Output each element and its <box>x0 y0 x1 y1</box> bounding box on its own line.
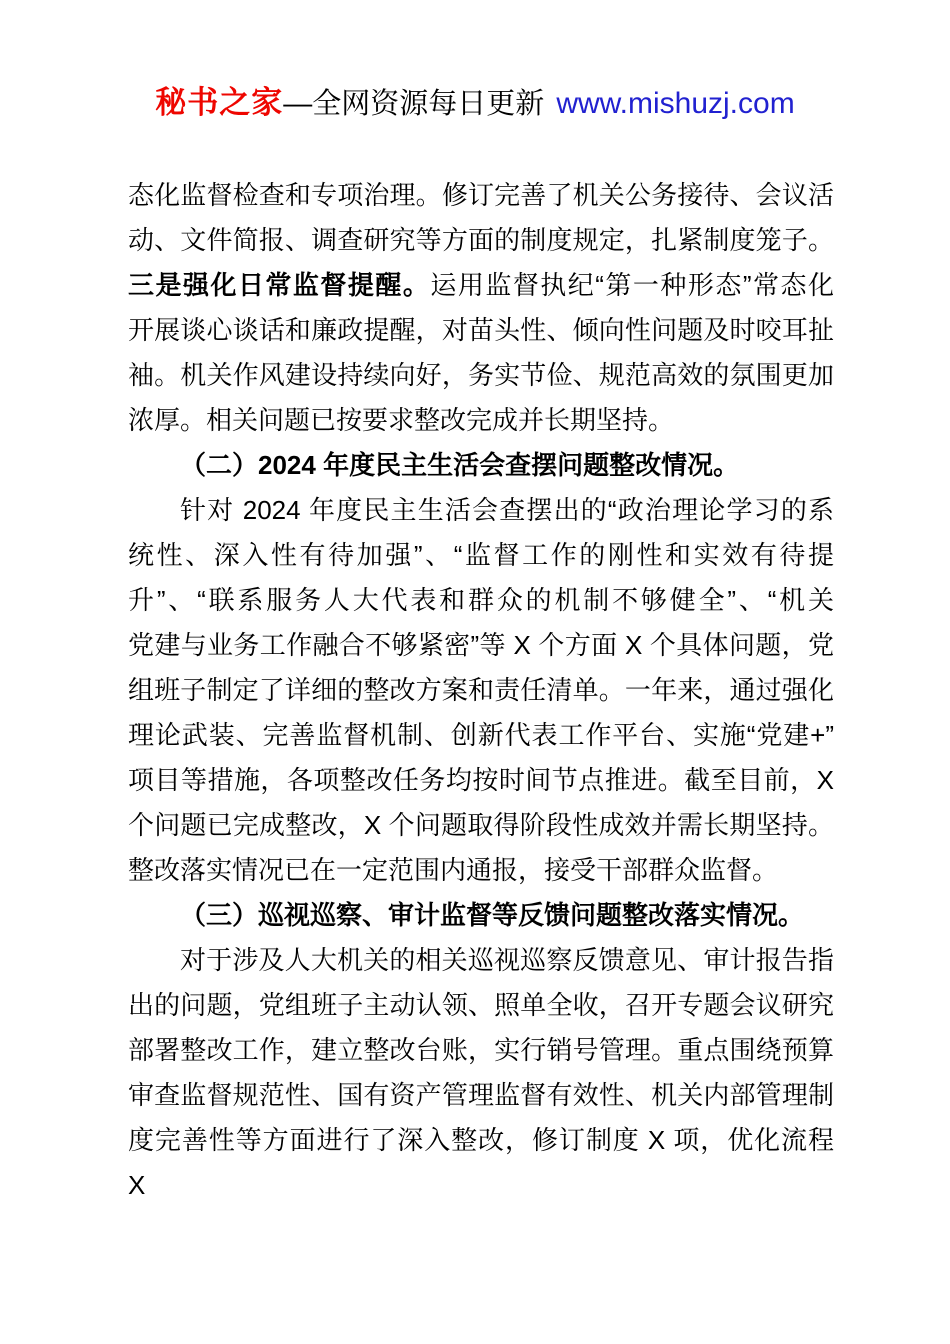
bold-emphasis-segment: （二）2024 年度民主生活会查摆问题整改情况。 <box>180 450 739 480</box>
text-segment: 开展谈心谈话和廉政提醒，对苗头性、倾向性问题及时咬耳扯 <box>128 315 834 345</box>
text-segment: 出的问题，党组班子主动认领、照单全收，召开专题会议研究 <box>128 990 834 1020</box>
text-segment: 升”、“联系服务人大代表和群众的机制不够健全”、“机关 <box>128 585 834 615</box>
text-line-20: 部署整改工作，建立整改台账，实行销号管理。重点围绕预算 <box>128 1028 834 1073</box>
text-segment: 度完善性等方面进行了深入整改，修订制度 X 项，优化流程 X <box>128 1125 834 1200</box>
text-segment: 针对 2024 年度民主生活会查摆出的“政治理论学习的系 <box>180 495 834 525</box>
text-line-10: 升”、“联系服务人大代表和群众的机制不够健全”、“机关 <box>128 578 834 623</box>
text-line-4: 开展谈心谈话和廉政提醒，对苗头性、倾向性问题及时咬耳扯 <box>128 308 834 353</box>
text-line-6: 浓厚。相关问题已按要求整改完成并长期坚持。 <box>128 398 834 443</box>
site-url: www.mishuzj.com <box>556 87 794 120</box>
text-segment: 态化监督检查和专项治理。修订完善了机关公务接待、会议活 <box>128 180 834 210</box>
text-line-3: 三是强化日常监督提醒。运用监督执纪“第一种形态”常态化 <box>128 263 834 308</box>
text-segment: 组班子制定了详细的整改方案和责任清单。一年来，通过强化 <box>128 675 834 705</box>
text-segment: 袖。机关作风建设持续向好，务实节俭、规范高效的氛围更加 <box>128 360 834 390</box>
text-segment: 浓厚。相关问题已按要求整改完成并长期坚持。 <box>128 405 674 435</box>
bold-emphasis-segment: （三）巡视巡察、审计监督等反馈问题整改落实情况。 <box>180 900 804 930</box>
text-segment: 整改落实情况已在一定范围内通报，接受干部群众监督。 <box>128 855 778 885</box>
text-segment: 运用监督执纪“第一种形态”常态化 <box>430 270 834 300</box>
text-line-8: 针对 2024 年度民主生活会查摆出的“政治理论学习的系 <box>128 488 834 533</box>
text-line-16: 整改落实情况已在一定范围内通报，接受干部群众监督。 <box>128 848 834 893</box>
text-segment: 理论武装、完善监督机制、创新代表工作平台、实施“党建+” <box>128 720 834 750</box>
text-line-15: 个问题已完成整改，X 个问题取得阶段性成效并需长期坚持。 <box>128 803 834 848</box>
text-line-2: 动、文件简报、调查研究等方面的制度规定，扎紧制度笼子。 <box>128 218 834 263</box>
text-line-21: 审查监督规范性、国有资产管理监督有效性、机关内部管理制 <box>128 1073 834 1118</box>
site-brand-text: 秘书之家 <box>155 85 283 120</box>
text-segment: 项目等措施，各项整改任务均按时间节点推进。截至目前，X <box>128 765 834 795</box>
text-segment: 统性、深入性有待加强”、“监督工作的刚性和实效有待提 <box>128 540 834 570</box>
text-line-13: 理论武装、完善监督机制、创新代表工作平台、实施“党建+” <box>128 713 834 758</box>
text-line-12: 组班子制定了详细的整改方案和责任清单。一年来，通过强化 <box>128 668 834 713</box>
text-line-5: 袖。机关作风建设持续向好，务实节俭、规范高效的氛围更加 <box>128 353 834 398</box>
text-line-19: 出的问题，党组班子主动认领、照单全收，召开专题会议研究 <box>128 983 834 1028</box>
site-header: 秘书之家—全网资源每日更新www.mishuzj.com <box>0 84 950 123</box>
text-segment: 动、文件简报、调查研究等方面的制度规定，扎紧制度笼子。 <box>128 225 834 255</box>
text-line-11: 党建与业务工作融合不够紧密”等 X 个方面 X 个具体问题，党 <box>128 623 834 668</box>
header-dash: — <box>283 88 312 120</box>
text-segment: 部署整改工作，建立整改台账，实行销号管理。重点围绕预算 <box>128 1035 834 1065</box>
text-line-7: （二）2024 年度民主生活会查摆问题整改情况。 <box>128 443 834 488</box>
text-line-9: 统性、深入性有待加强”、“监督工作的刚性和实效有待提 <box>128 533 834 578</box>
text-line-1: 态化监督检查和专项治理。修订完善了机关公务接待、会议活 <box>128 173 834 218</box>
text-segment: 个问题已完成整改，X 个问题取得阶段性成效并需长期坚持。 <box>128 810 834 840</box>
text-line-18: 对于涉及人大机关的相关巡视巡察反馈意见、审计报告指 <box>128 938 834 983</box>
bold-emphasis-segment: 三是强化日常监督提醒。 <box>128 270 430 300</box>
text-line-22: 度完善性等方面进行了深入整改，修订制度 X 项，优化流程 X <box>128 1118 834 1163</box>
site-tagline: 全网资源每日更新 <box>312 88 544 120</box>
text-line-14: 项目等措施，各项整改任务均按时间节点推进。截至目前，X <box>128 758 834 803</box>
document-body: 态化监督检查和专项治理。修订完善了机关公务接待、会议活动、文件简报、调查研究等方… <box>128 173 834 1163</box>
text-segment: 党建与业务工作融合不够紧密”等 X 个方面 X 个具体问题，党 <box>128 630 834 660</box>
text-segment: 审查监督规范性、国有资产管理监督有效性、机关内部管理制 <box>128 1080 834 1110</box>
text-line-17: （三）巡视巡察、审计监督等反馈问题整改落实情况。 <box>128 893 834 938</box>
text-segment: 对于涉及人大机关的相关巡视巡察反馈意见、审计报告指 <box>180 945 834 975</box>
